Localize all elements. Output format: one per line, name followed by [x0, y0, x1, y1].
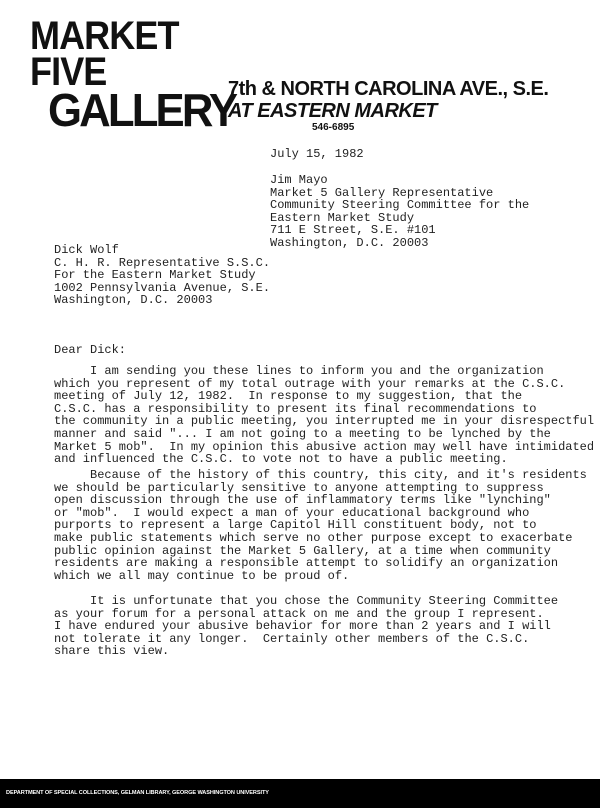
logo-line-gallery: GALLERY	[48, 90, 235, 131]
paragraph-3: It is unfortunate that you chose the Com…	[54, 595, 558, 658]
archive-footer-bar: DEPARTMENT OF SPECIAL COLLECTIONS, GELMA…	[0, 779, 600, 808]
sender-block: Jim Mayo Market 5 Gallery Representative…	[270, 174, 529, 250]
paragraph-1: I am sending you these lines to inform y…	[54, 365, 594, 466]
letter-date: July 15, 1982	[270, 148, 364, 161]
gallery-logo: MARKET FIVE GALLERY	[30, 18, 245, 131]
letterhead-address: 7th & NORTH CAROLINA AVE., S.E. AT EASTE…	[228, 78, 548, 134]
archive-credit: DEPARTMENT OF SPECIAL COLLECTIONS, GELMA…	[6, 790, 269, 796]
address-line-1: 7th & NORTH CAROLINA AVE., S.E.	[228, 78, 548, 100]
paragraph-2: Because of the history of this country, …	[54, 469, 587, 582]
address-line-2: AT EASTERN MARKET	[228, 100, 548, 122]
recipient-block: Dick Wolf C. H. R. Representative S.S.C.…	[54, 244, 270, 307]
phone-number: 546-6895	[312, 122, 548, 134]
logo-line-market: MARKET	[30, 18, 224, 54]
salutation: Dear Dick:	[54, 344, 126, 357]
